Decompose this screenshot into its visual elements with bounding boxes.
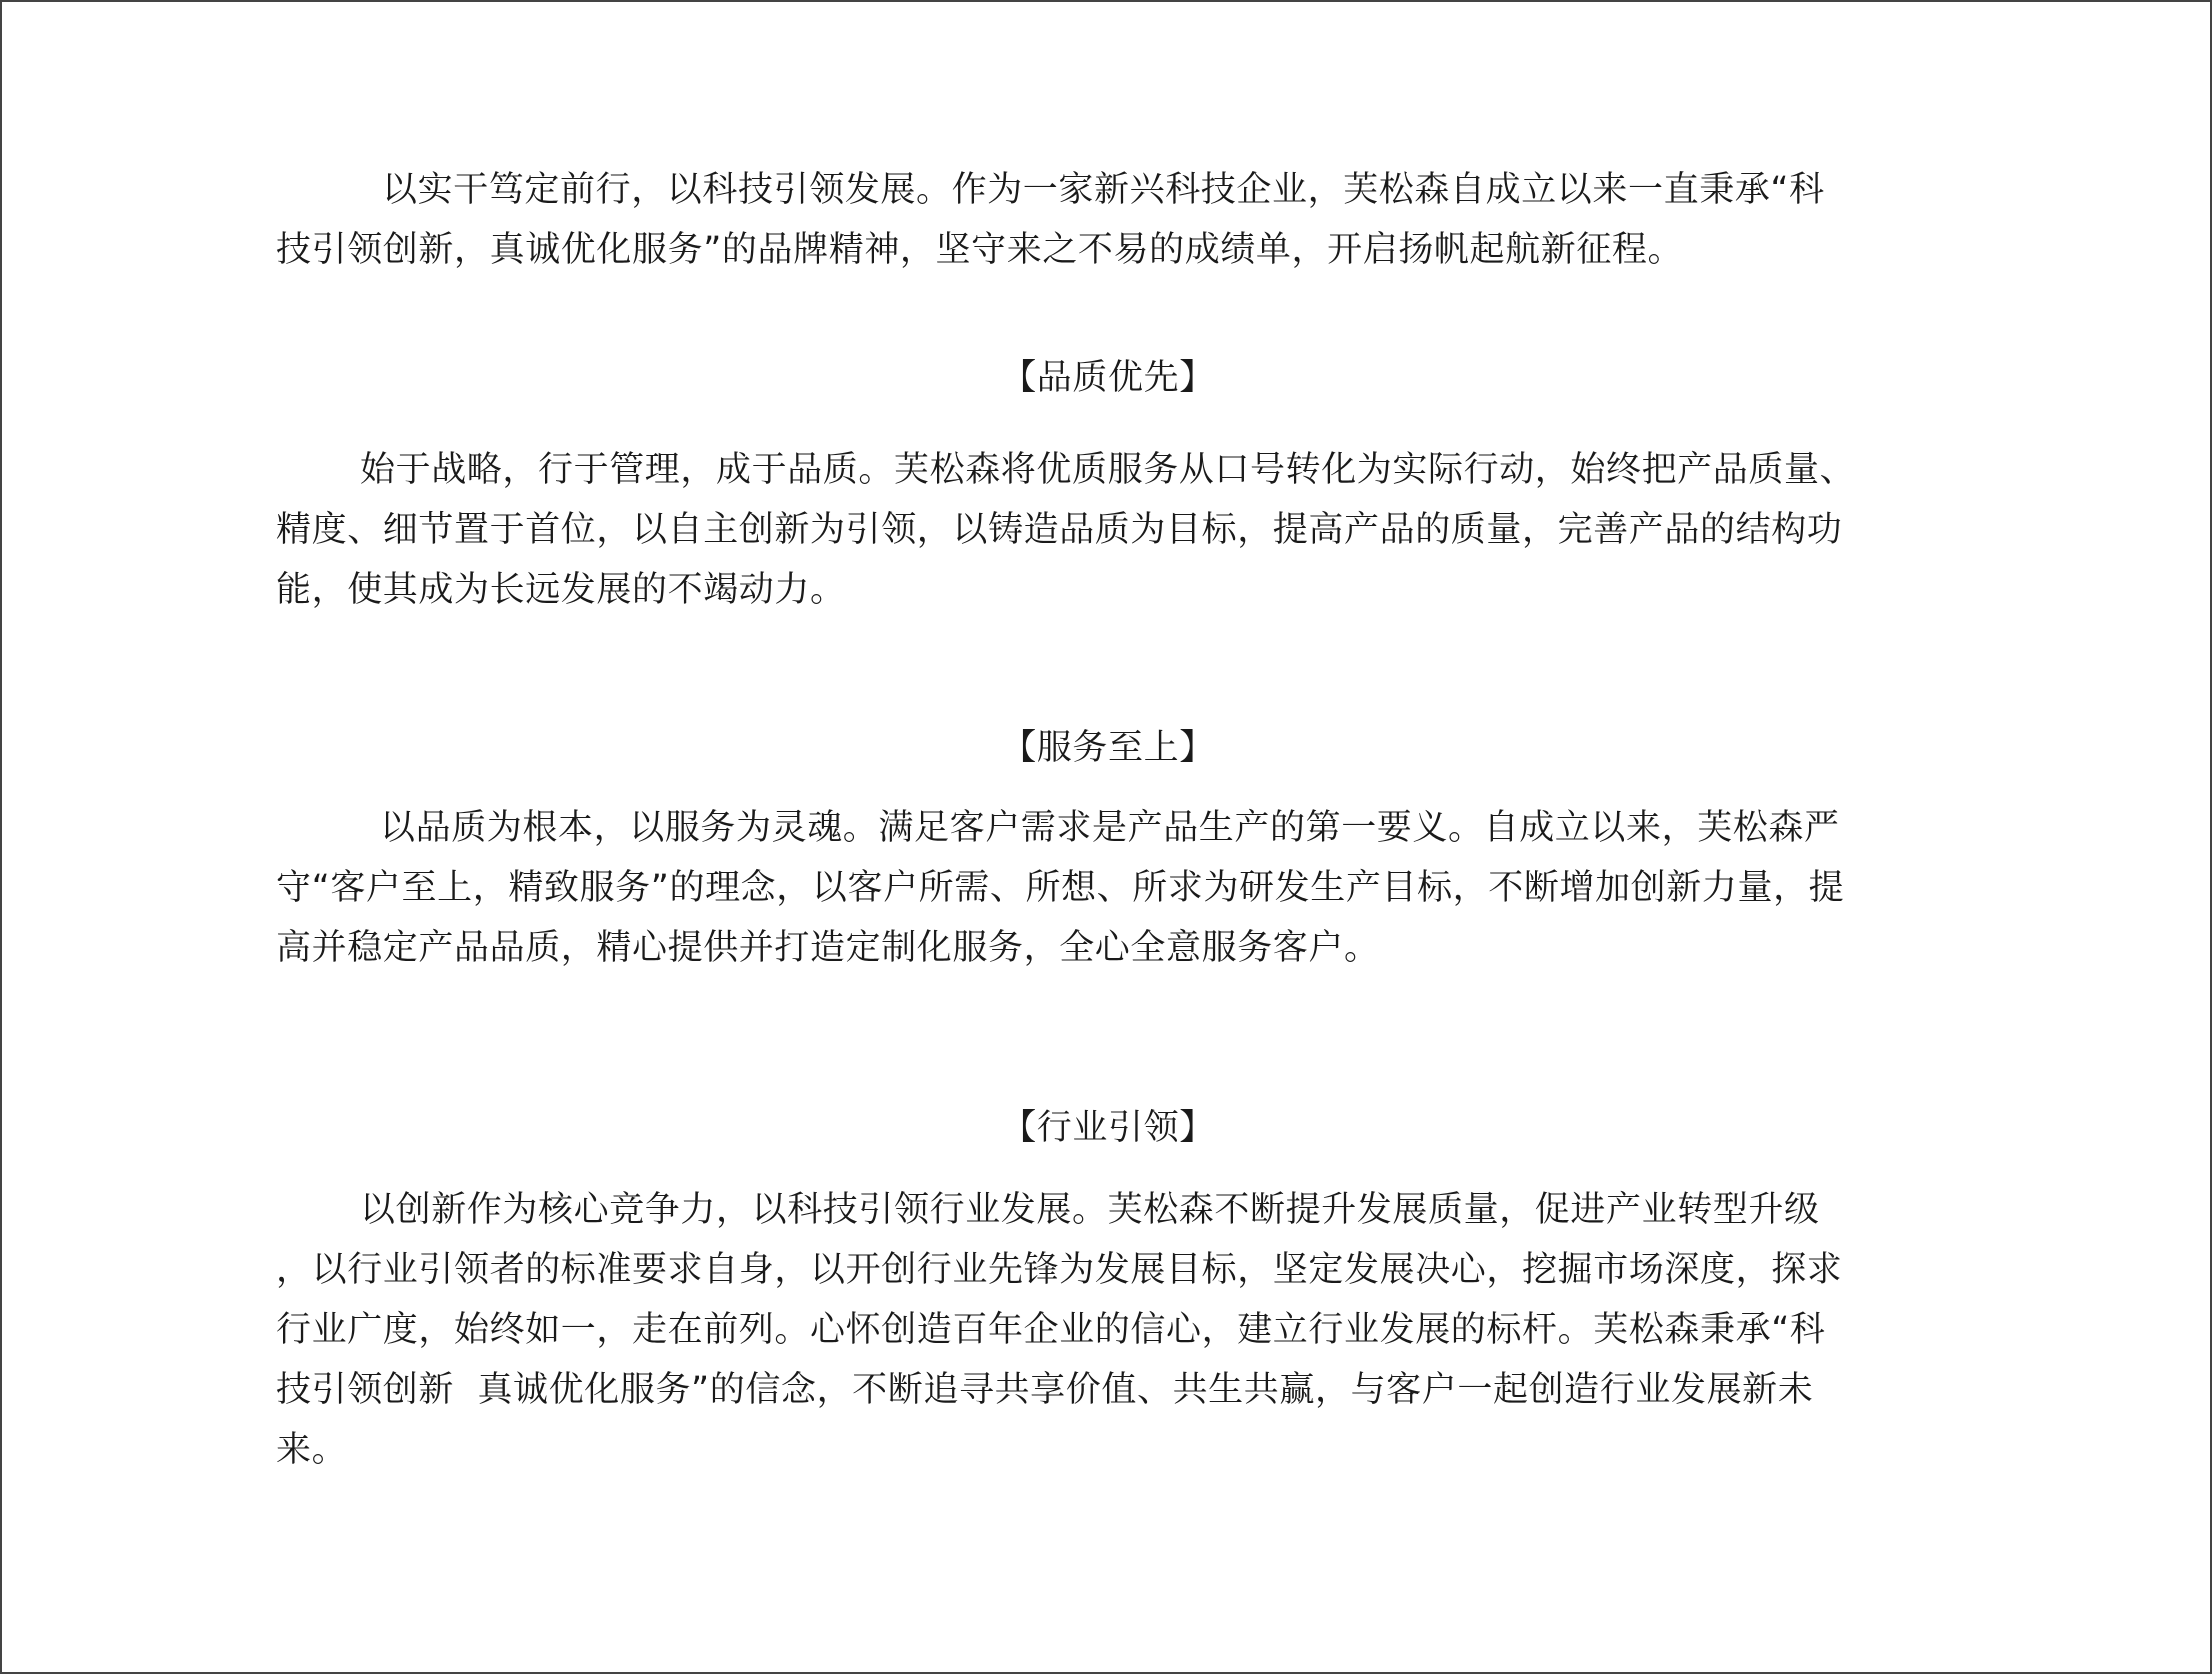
service-line-3: 高并稳定产品品质，精心提供并打造定制化服务，全心全意服务客户。	[276, 918, 1946, 978]
section-heading-leadership: 【行业引领】	[2, 1098, 2212, 1158]
document-page: 以实干笃定前行，以科技引领发展。作为一家新兴科技企业，芙松森自成立以来一直秉承“…	[0, 0, 2212, 1674]
leadership-line-2: ，以行业引领者的标准要求自身，以开创行业先锋为发展目标，坚定发展决心，挖掘市场深…	[276, 1240, 1946, 1300]
intro-paragraph: 以实干笃定前行，以科技引领发展。作为一家新兴科技企业，芙松森自成立以来一直秉承“…	[276, 160, 1946, 280]
intro-line-2: 技引领创新，真诚优化服务”的品牌精神，坚守来之不易的成绩单，开启扬帆起航新征程。	[276, 220, 1946, 280]
quality-line-1: 始于战略，行于管理，成于品质。芙松森将优质服务从口号转化为实际行动，始终把产品质…	[276, 440, 1946, 500]
section-heading-quality: 【品质优先】	[2, 348, 2212, 408]
leadership-line-5: 来。	[276, 1420, 1946, 1480]
section-paragraph-leadership: 以创新作为核心竞争力，以科技引领行业发展。芙松森不断提升发展质量，促进产业转型升…	[276, 1180, 1946, 1480]
quality-line-2: 精度、细节置于首位，以自主创新为引领，以铸造品质为目标，提高产品的质量，完善产品…	[276, 500, 1946, 560]
leadership-line-3: 行业广度，始终如一，走在前列。心怀创造百年企业的信心，建立行业发展的标杆。芙松森…	[276, 1300, 1946, 1360]
section-paragraph-service: 以品质为根本，以服务为灵魂。满足客户需求是产品生产的第一要义。自成立以来，芙松森…	[276, 798, 1946, 978]
leadership-line-4: 技引领创新 真诚优化服务”的信念，不断追寻共享价值、共生共赢，与客户一起创造行业…	[276, 1360, 1946, 1420]
leadership-line-1: 以创新作为核心竞争力，以科技引领行业发展。芙松森不断提升发展质量，促进产业转型升…	[276, 1180, 1946, 1240]
quality-line-3: 能，使其成为长远发展的不竭动力。	[276, 560, 1946, 620]
section-heading-service: 【服务至上】	[2, 718, 2212, 778]
service-line-2: 守“客户至上，精致服务”的理念，以客户所需、所想、所求为研发生产目标，不断增加创…	[276, 858, 1946, 918]
intro-line-1: 以实干笃定前行，以科技引领发展。作为一家新兴科技企业，芙松森自成立以来一直秉承“…	[276, 160, 1946, 220]
section-paragraph-quality: 始于战略，行于管理，成于品质。芙松森将优质服务从口号转化为实际行动，始终把产品质…	[276, 440, 1946, 620]
service-line-1: 以品质为根本，以服务为灵魂。满足客户需求是产品生产的第一要义。自成立以来，芙松森…	[276, 798, 1946, 858]
